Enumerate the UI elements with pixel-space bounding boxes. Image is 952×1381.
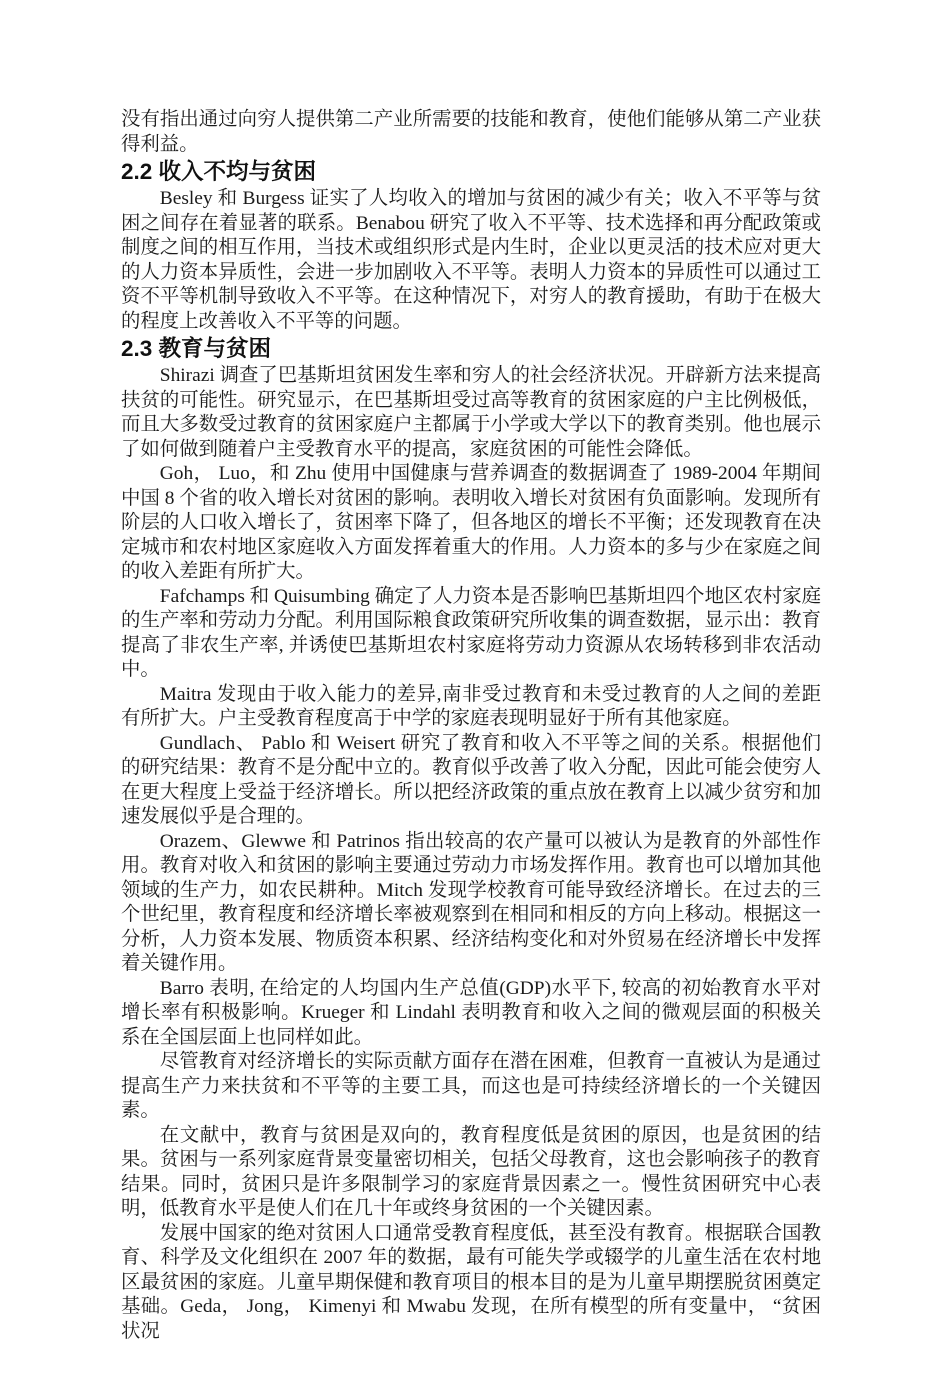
paragraph-fafchamps-quisumbing: Fafchamps 和 Quisumbing 确定了人力资本是否影响巴基斯坦四个…	[121, 585, 821, 683]
paragraph-intro-continuation: 没有指出通过向穷人提供第二产业所需要的技能和教育，使他们能够从第二产业获得利益。	[121, 108, 821, 157]
paragraph-maitra: Maitra 发现由于收入能力的差异,南非受过教育和未受过教育的人之间的差距有所…	[121, 683, 821, 732]
paragraph-gundlach-pablo-weisert: Gundlach、 Pablo 和 Weisert 研究了教育和收入不平等之间的…	[121, 732, 821, 830]
document-page: 没有指出通过向穷人提供第二产业所需要的技能和教育，使他们能够从第二产业获得利益。…	[0, 0, 952, 1381]
paragraph-literature-bidirectional: 在文献中，教育与贫困是双向的，教育程度低是贫困的原因，也是贫困的结果。贫困与一系…	[121, 1124, 821, 1222]
section-heading-education-poverty: 2.3 教育与贫困	[121, 334, 821, 364]
paragraph-shirazi: Shirazi 调查了巴基斯坦贫困发生率和穷人的社会经济状况。开辟新方法来提高扶…	[121, 364, 821, 462]
paragraph-education-growth-contribution: 尽管教育对经济增长的实际贡献方面存在潜在困难，但教育一直被认为是通过提高生产力来…	[121, 1050, 821, 1124]
section-heading-income-inequality: 2.2 收入不均与贫困	[121, 157, 821, 187]
paragraph-barro-krueger-lindahl: Barro 表明, 在给定的人均国内生产总值(GDP)水平下, 较高的初始教育水…	[121, 977, 821, 1051]
paragraph-goh-luo-zhu: Goh， Luo，和 Zhu 使用中国健康与营养调查的数据调查了 1989-20…	[121, 462, 821, 585]
paragraph-developing-countries-geda: 发展中国家的绝对贫困人口通常受教育程度低，甚至没有教育。根据联合国教育、科学及文…	[121, 1222, 821, 1345]
paragraph-besley-burgess: Besley 和 Burgess 证实了人均收入的增加与贫困的减少有关；收入不平…	[121, 187, 821, 334]
paragraph-orazem-glewwe-patrinos: Orazem、Glewwe 和 Patrinos 指出较高的农产量可以被认为是教…	[121, 830, 821, 977]
